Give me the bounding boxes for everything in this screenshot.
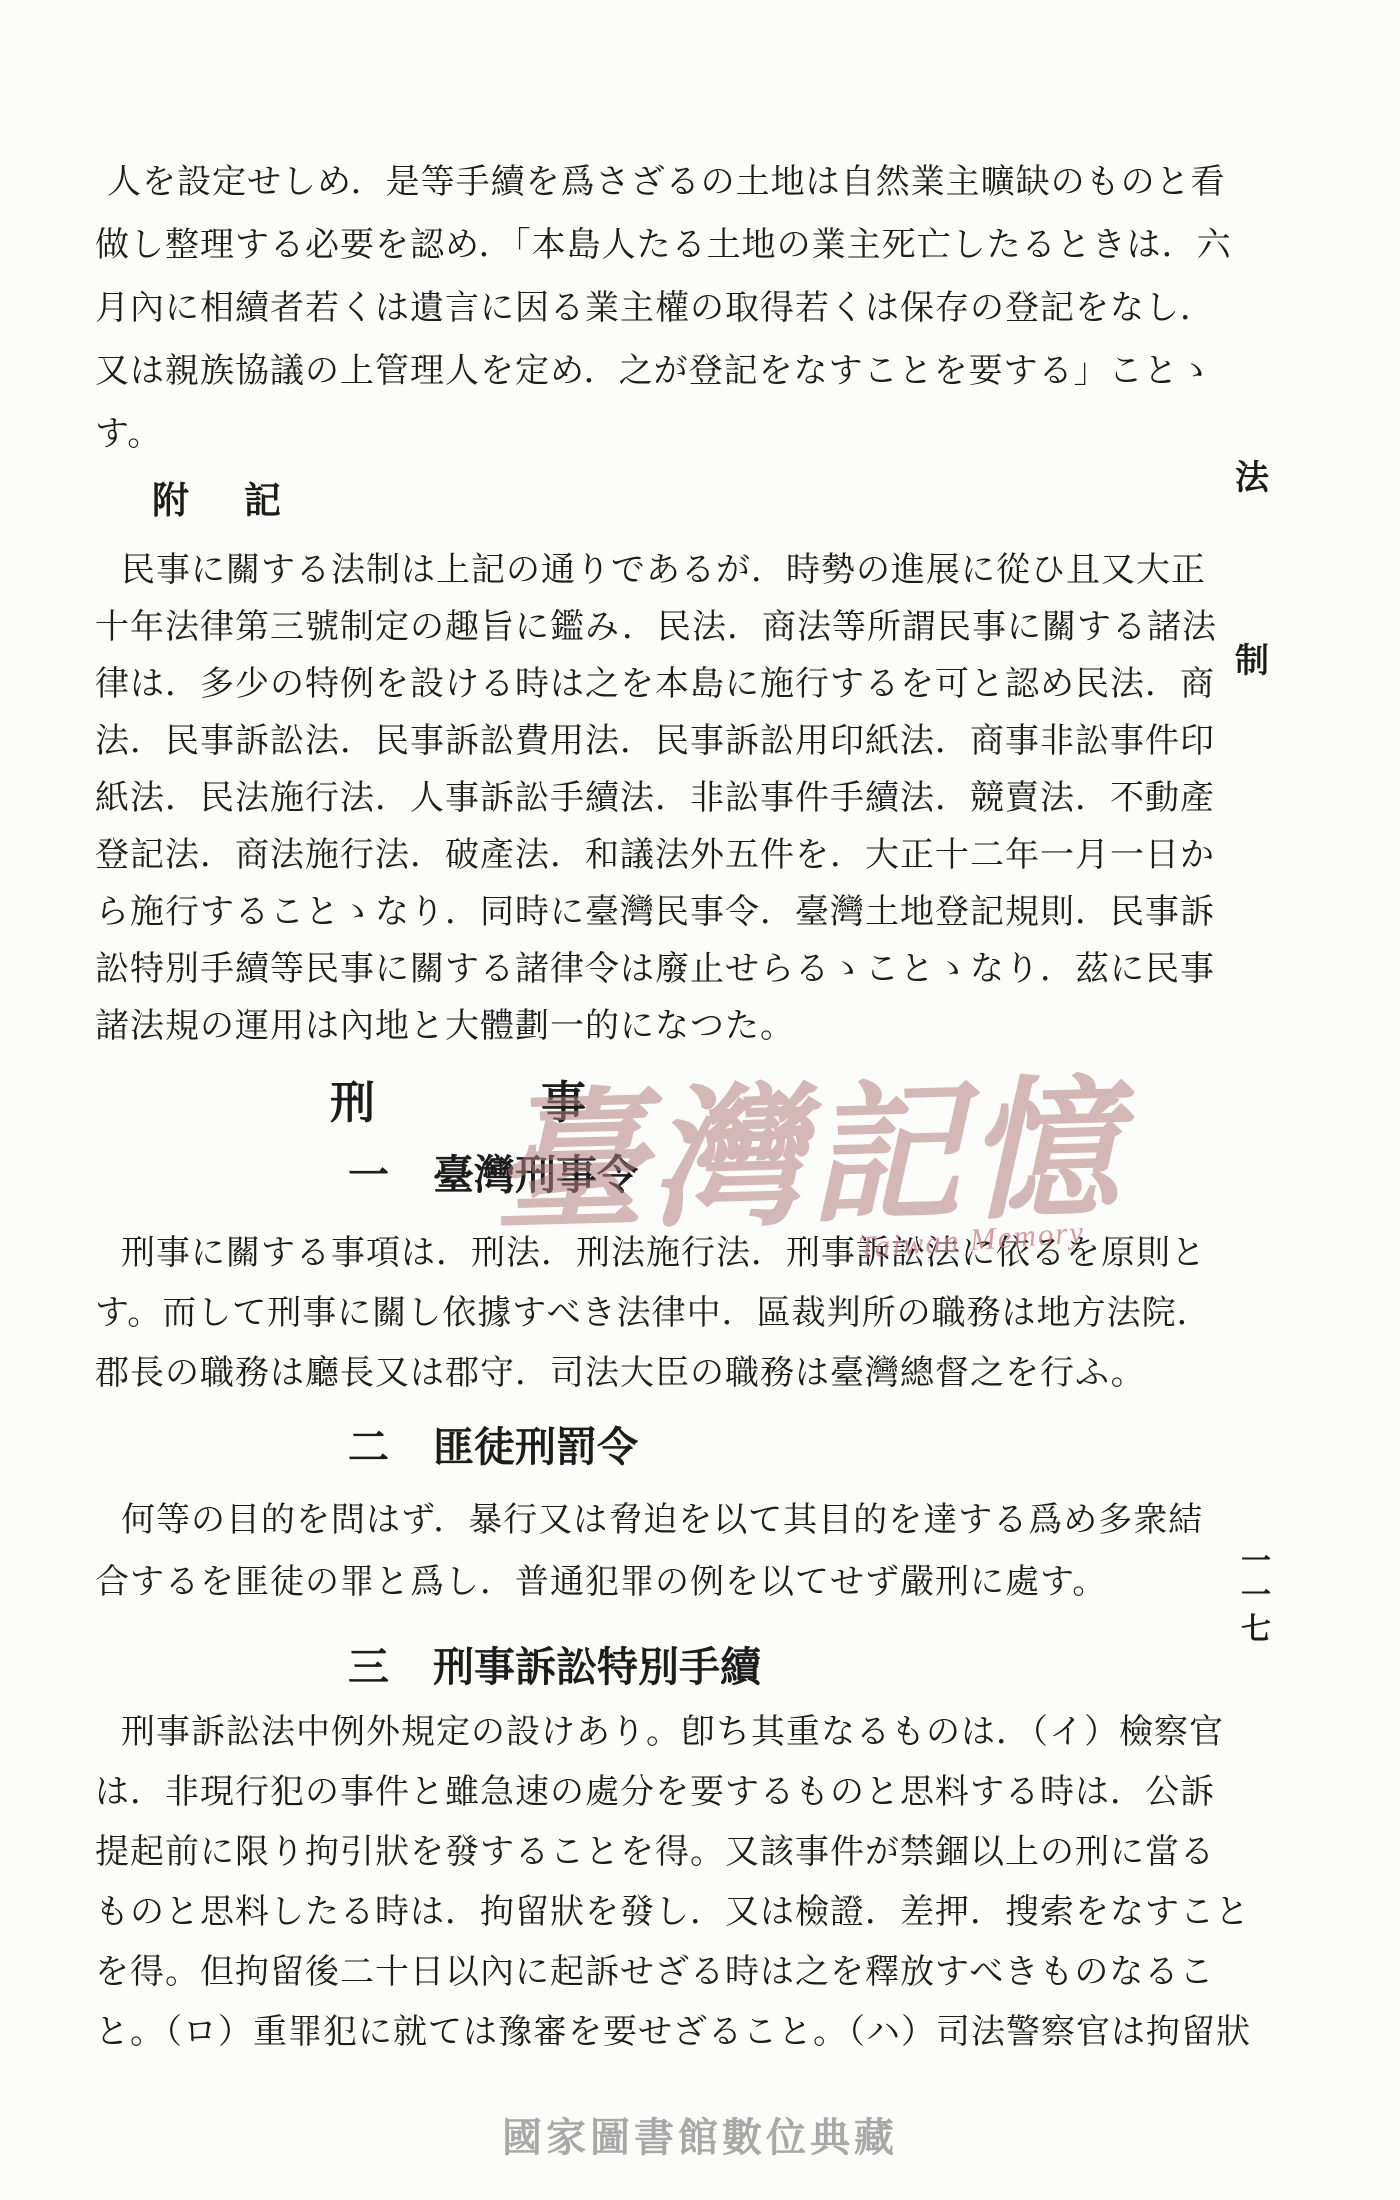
paragraph-line: 何等の目的を問はず．暴行又は脅迫を以て其目的を達する爲め多衆結 <box>95 1490 1195 1552</box>
section-title: 刑事訴訟特別手續 <box>433 1644 761 1690</box>
paragraph-line: 郡長の職務は廳長又は郡守．司法大臣の職務は臺灣總督之を行ふ。 <box>95 1344 1195 1404</box>
paragraph-line: 十年法律第三號制定の趣旨に鑑み．民法．商法等所謂民事に關する諸法 <box>95 599 1195 656</box>
paragraph-line: ものと思料したる時は．拘留狀を發し．又は檢證．差押．搜索をなすこと <box>95 1883 1195 1943</box>
section-heading-1: 一臺灣刑事令 <box>348 1142 638 1201</box>
section-number: 二 <box>348 1414 389 1473</box>
page-number-char: 七 <box>1236 1613 1276 1647</box>
body-paragraph-1: 人を設定せしめ．是等手續を爲さざるの土地は自然業主曠缺のものと看 做し整理する必… <box>95 151 1195 466</box>
paragraph-line: 做し整理する必要を認め．「本島人たる土地の業主死亡したるときは．六 <box>95 214 1195 277</box>
margin-label-char: 制 <box>1232 633 1272 682</box>
scanned-document-page: 人を設定せしめ．是等手續を爲さざるの土地は自然業主曠缺のものと看 做し整理する必… <box>0 0 1400 2200</box>
paragraph-line: す。 <box>95 403 1195 466</box>
margin-section-label: 法 制 <box>1232 450 1272 682</box>
paragraph-line: 刑事に關する事項は．刑法．刑法施行法．刑事訴訟法に依るを原則と <box>95 1224 1195 1284</box>
paragraph-line: 諸法規の運用は內地と大體劃一的になつた。 <box>95 998 1195 1055</box>
paragraph-line: 人を設定せしめ．是等手續を爲さざるの土地は自然業主曠缺のものと看 <box>95 151 1195 214</box>
margin-label-char: 法 <box>1232 450 1272 499</box>
paragraph-line: 登記法．商法施行法．破產法．和議法外五件を．大正十二年一月一日か <box>95 827 1195 884</box>
archive-footer: 國家圖書館數位典藏 <box>0 2106 1400 2163</box>
paragraph-line: 月內に相續者若くは遺言に因る業主權の取得若くは保存の登記をなし． <box>95 277 1195 340</box>
page-number-char: 一 <box>1236 1579 1276 1613</box>
criminal-heading-char: 刑 <box>330 1078 375 1128</box>
page-number: 一 一 七 <box>1236 1545 1276 1647</box>
section-number: 一 <box>348 1142 389 1201</box>
paragraph-line: 提起前に限り拘引狀を發することを得。又該事件が禁錮以上の刑に當る <box>95 1823 1195 1883</box>
appendix-heading: 附記 <box>152 470 281 524</box>
criminal-affairs-heading: 刑事 <box>330 1066 586 1131</box>
paragraph-line: を得。但拘留後二十日以內に起訴せざる時は之を釋放すべきものなるこ <box>95 1943 1195 2003</box>
body-paragraph-5: 刑事訴訟法中例外規定の設けあり。卽ち其重なるものは．（イ）檢察官 は．非現行犯の… <box>95 1703 1195 2063</box>
section-heading-3: 三刑事訴訟特別手續 <box>348 1634 761 1693</box>
body-paragraph-2: 民事に關する法制は上記の通りであるが．時勢の進展に從ひ且又大正 十年法律第三號制… <box>95 542 1195 1055</box>
section-title: 臺灣刑事令 <box>433 1152 638 1198</box>
paragraph-line: 合するを匪徒の罪と爲し．普通犯罪の例を以てせず嚴刑に處す。 <box>95 1552 1195 1614</box>
paragraph-line: す。而して刑事に關し依據すべき法律中．區裁判所の職務は地方法院． <box>95 1284 1195 1344</box>
paragraph-line: 民事に關する法制は上記の通りであるが．時勢の進展に從ひ且又大正 <box>95 542 1195 599</box>
paragraph-line: 刑事訴訟法中例外規定の設けあり。卽ち其重なるものは．（イ）檢察官 <box>95 1703 1195 1763</box>
paragraph-line: は．非現行犯の事件と雖急速の處分を要するものと思料する時は．公訴 <box>95 1763 1195 1823</box>
paragraph-line: 紙法．民法施行法．人事訴訟手續法．非訟事件手續法．競賣法．不動產 <box>95 770 1195 827</box>
paragraph-line: 律は．多少の特例を設ける時は之を本島に施行するを可と認め民法．商 <box>95 656 1195 713</box>
appendix-heading-char: 記 <box>244 481 281 522</box>
appendix-heading-char: 附 <box>152 481 189 522</box>
paragraph-line: と。（ロ）重罪犯に就ては豫審を要せざること。（ハ）司法警察官は拘留狀 <box>95 2003 1195 2063</box>
criminal-heading-char: 事 <box>541 1078 586 1128</box>
body-paragraph-3: 刑事に關する事項は．刑法．刑法施行法．刑事訴訟法に依るを原則と す。而して刑事に… <box>95 1224 1195 1404</box>
section-heading-2: 二匪徒刑罰令 <box>348 1414 638 1473</box>
paragraph-line: 又は親族協議の上管理人を定め．之が登記をなすことを要する」ことゝ <box>95 340 1195 403</box>
paragraph-line: 訟特別手續等民事に關する諸律令は廢止せらるゝことゝなり．茲に民事 <box>95 941 1195 998</box>
body-paragraph-4: 何等の目的を問はず．暴行又は脅迫を以て其目的を達する爲め多衆結 合するを匪徒の罪… <box>95 1490 1195 1614</box>
paragraph-line: 法．民事訴訟法．民事訴訟費用法．民事訴訟用印紙法．商事非訟事件印 <box>95 713 1195 770</box>
paragraph-line: ら施行することゝなり．同時に臺灣民事令．臺灣土地登記規則．民事訴 <box>95 884 1195 941</box>
section-number: 三 <box>348 1634 389 1693</box>
section-title: 匪徒刑罰令 <box>433 1424 638 1470</box>
page-number-char: 一 <box>1236 1545 1276 1579</box>
